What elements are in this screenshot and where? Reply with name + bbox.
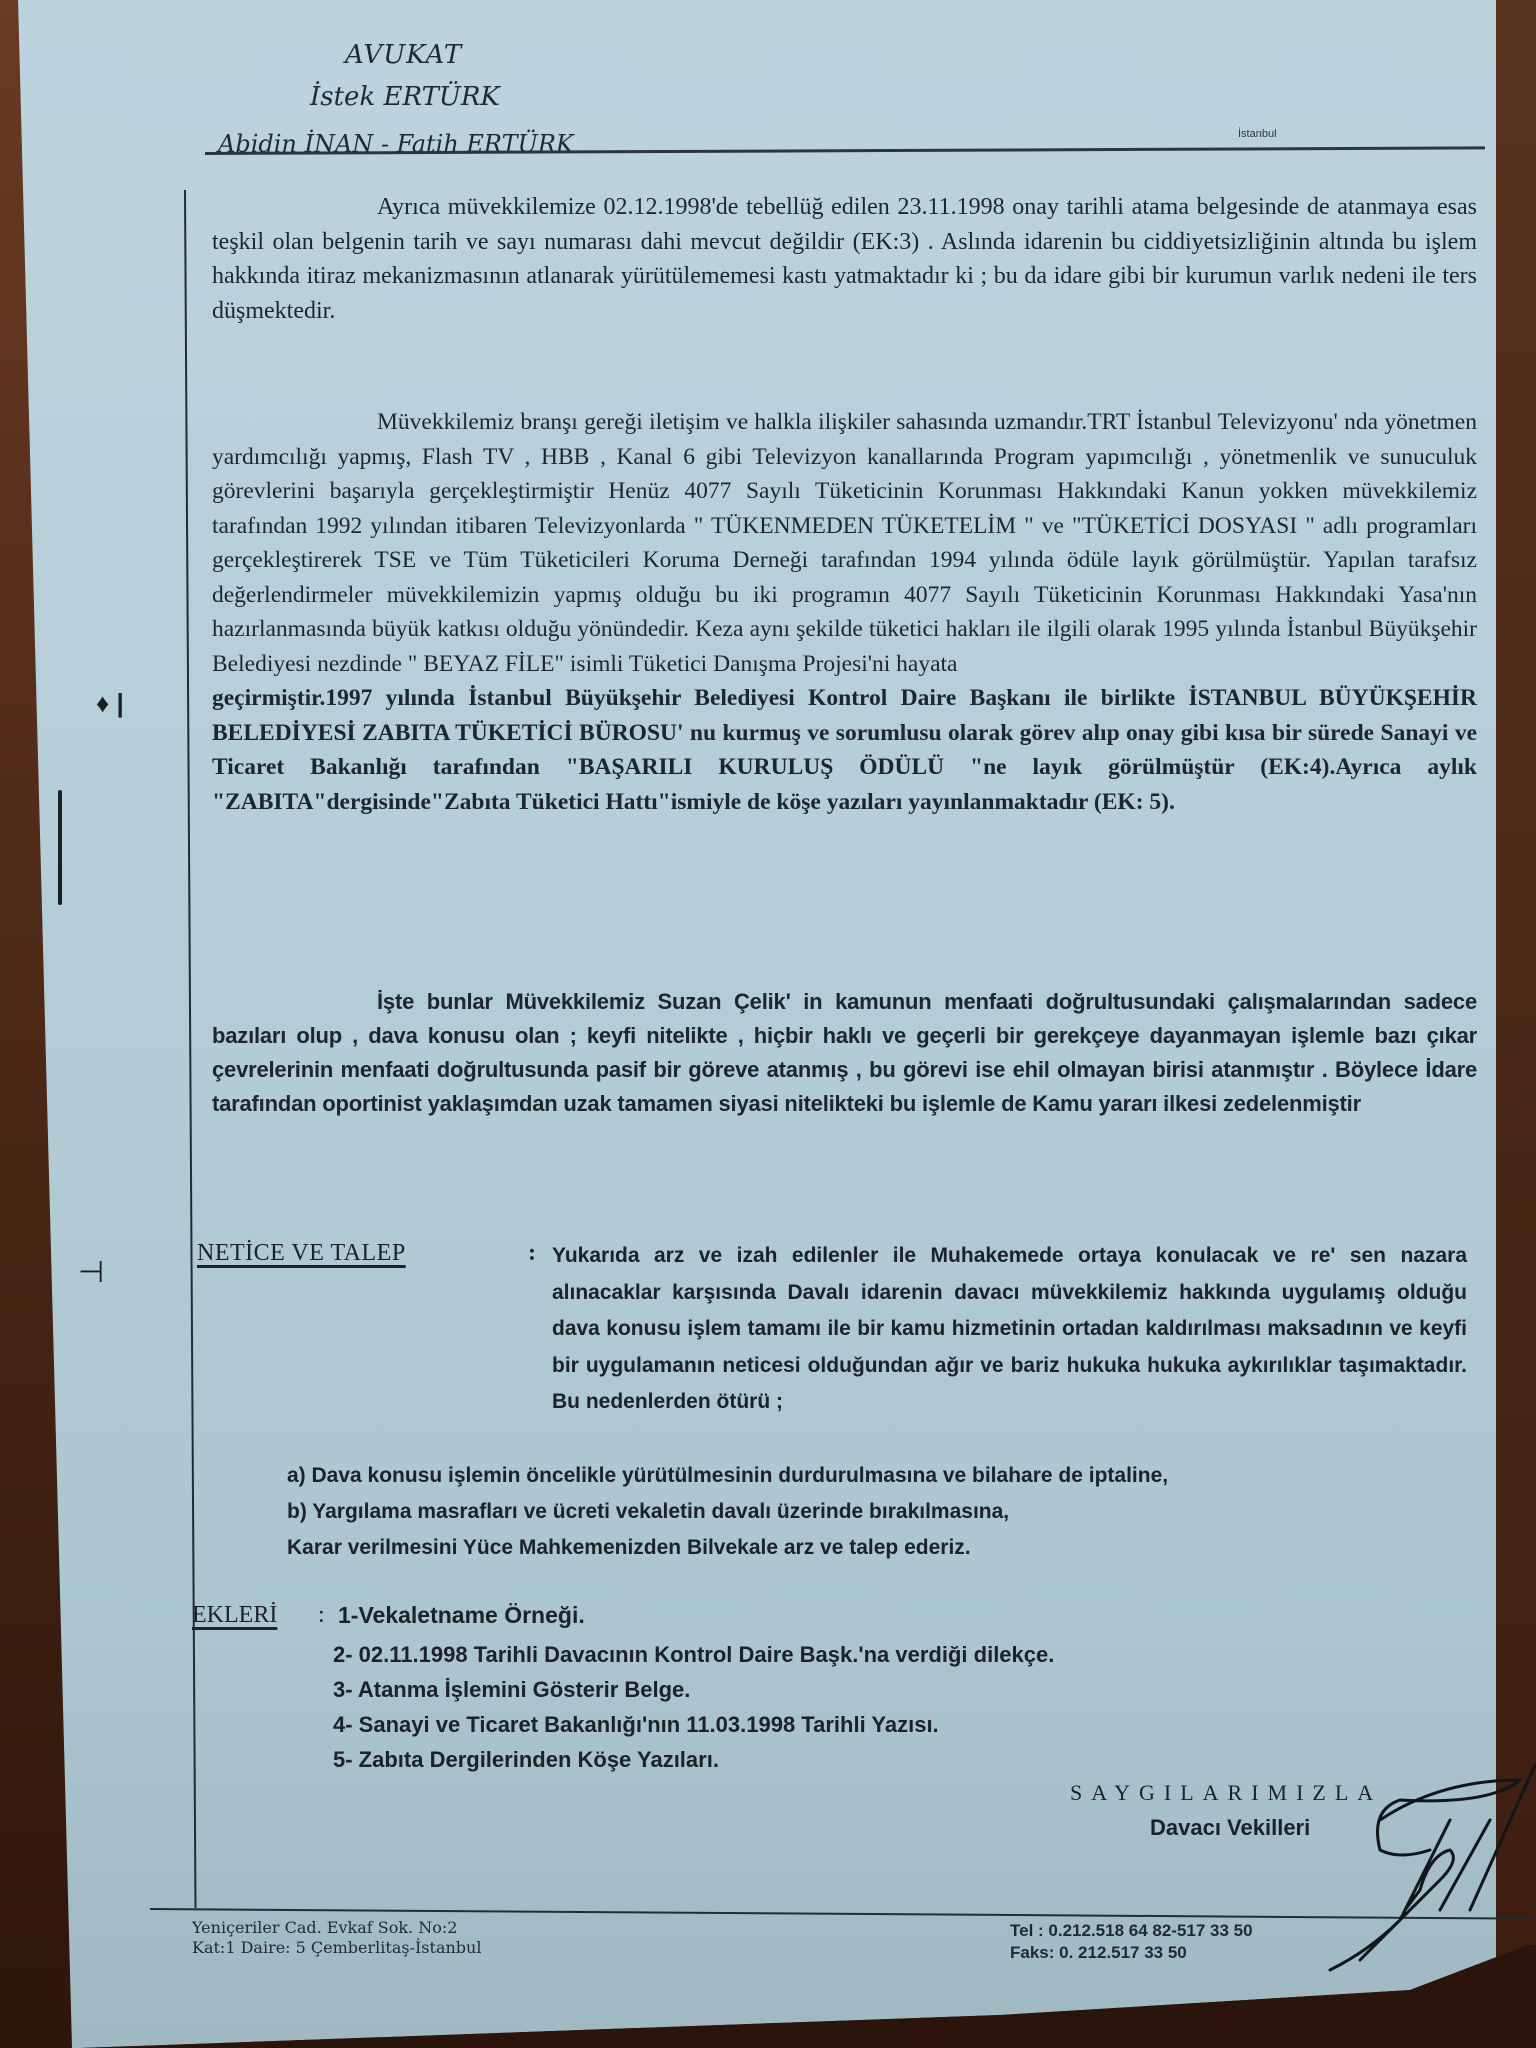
closing-salutation: SAYGILARIMIZLA	[1070, 1780, 1382, 1806]
footer-address: Yeniçeriler Cad. Evkaf Sok. No:2 Kat:1 D…	[192, 1918, 481, 1958]
paragraph-2-text: Müvekkilemiz branşı gereği iletişim ve h…	[212, 405, 1477, 681]
request-closing-line: Karar verilmesini Yüce Mahkemenizden Bil…	[287, 1530, 1168, 1566]
conclusion-heading: NETİCE VE TALEP	[197, 1240, 406, 1267]
attachment-item-4: 4- Sanayi ve Ticaret Bakanlığı'nın 11.03…	[333, 1707, 1054, 1742]
paragraph-2-continuation: geçirmiştir.1997 yılında İstanbul Büyükş…	[212, 681, 1477, 819]
closing-signatory: Davacı Vekilleri	[1150, 1815, 1310, 1841]
margin-pen-mark: ♦ |	[96, 688, 124, 719]
attachment-item-5: 5- Zabıta Dergilerinden Köşe Yazıları.	[333, 1742, 1054, 1777]
attachment-item-3: 3- Atanma İşlemini Gösterir Belge.	[333, 1672, 1054, 1707]
letterhead-city: İstanbul	[1238, 128, 1277, 140]
margin-pen-line	[58, 790, 62, 905]
attachment-item-2: 2- 02.11.1998 Tarihli Davacının Kontrol …	[333, 1637, 1054, 1672]
conclusion-requests: a) Dava konusu işlemin öncelikle yürütül…	[287, 1458, 1168, 1566]
wood-surface-right	[1496, 0, 1536, 2048]
margin-pen-mark-lower: ⊣	[78, 1255, 104, 1290]
footer-contact: Tel : 0.212.518 64 82-517 33 50 Faks: 0.…	[1010, 1920, 1253, 1964]
footer-fax: Faks: 0. 212.517 33 50	[1010, 1942, 1253, 1964]
attachments-colon: :	[318, 1602, 325, 1629]
paragraph-3: İşte bunlar Müvekkilemiz Suzan Çelik' in…	[212, 985, 1477, 1121]
letterhead-title: AVUKAT	[345, 40, 462, 70]
letterhead-primary-name: İstek ERTÜRK	[310, 82, 500, 112]
paragraph-3-text: İşte bunlar Müvekkilemiz Suzan Çelik' in…	[212, 985, 1477, 1121]
attachment-item-1: 1-Vekaletname Örneği.	[338, 1602, 585, 1629]
conclusion-body: Yukarıda arz ve izah edilenler ile Muhak…	[552, 1238, 1467, 1421]
footer-telephone: Tel : 0.212.518 64 82-517 33 50	[1010, 1920, 1253, 1942]
paragraph-1: Ayrıca müvekkilemize 02.12.1998'de tebel…	[212, 190, 1477, 328]
conclusion-body-text: Yukarıda arz ve izah edilenler ile Muhak…	[552, 1238, 1467, 1421]
attachments-list: 2- 02.11.1998 Tarihli Davacının Kontrol …	[333, 1637, 1054, 1777]
request-item-a: a) Dava konusu işlemin öncelikle yürütül…	[287, 1458, 1168, 1494]
attachments-heading: EKLERİ	[192, 1602, 277, 1629]
footer-address-line-1: Yeniçeriler Cad. Evkaf Sok. No:2	[192, 1918, 481, 1938]
footer-address-line-2: Kat:1 Daire: 5 Çemberlitaş-İstanbul	[192, 1938, 481, 1958]
request-item-b: b) Yargılama masrafları ve ücreti vekale…	[287, 1494, 1168, 1530]
paragraph-2: Müvekkilemiz branşı gereği iletişim ve h…	[212, 405, 1477, 819]
paragraph-1-text: Ayrıca müvekkilemize 02.12.1998'de tebel…	[212, 190, 1477, 328]
conclusion-colon: :	[528, 1240, 536, 1267]
